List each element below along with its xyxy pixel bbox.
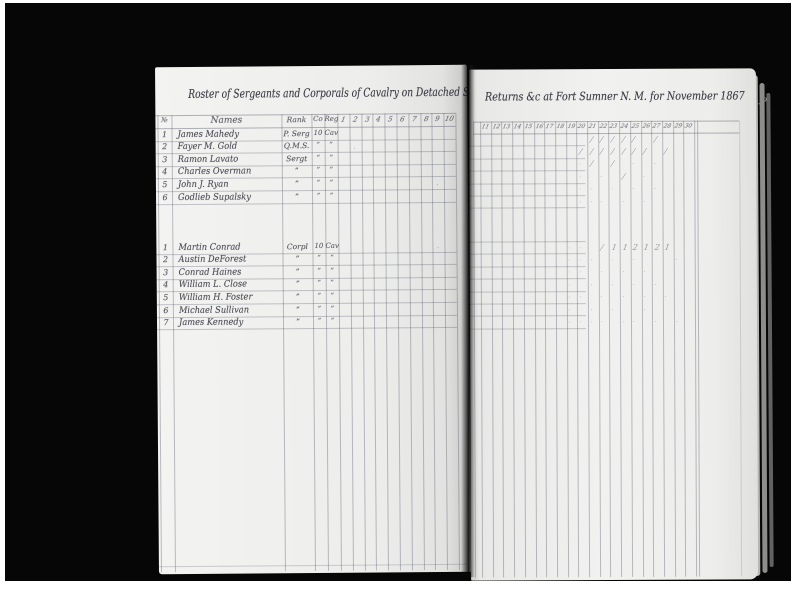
pencil-speck: . [643,267,646,274]
row-co: ” [312,166,325,174]
pencil-speck: . [633,280,636,287]
row-number: 3 [158,155,172,164]
pencil-speck: . [589,184,592,191]
row-rank: P. Serg [282,129,312,138]
tally-mark: / [632,147,636,156]
tally-mark: / [653,134,657,143]
tally-mark: / [642,147,646,156]
tally-mark: / [610,134,614,143]
row-reg: ” [325,141,338,149]
row-co: 10 [311,128,324,136]
right-page-grid: 1112131415161718192021222324252627282930… [469,68,758,580]
day-column-line [662,121,665,577]
tally-mark: / [621,172,625,181]
pencil-speck: . [590,255,593,262]
column-line [408,113,413,570]
margin-line [473,122,476,578]
row-rank: ” [282,192,312,201]
tally-mark: / [632,134,636,143]
pencil-speck: . [578,159,581,166]
pencil-speck: . [643,304,646,311]
pencil-speck: . [653,184,656,191]
pencil-speck: . [633,317,636,324]
row-line [470,328,586,330]
row-reg: ” [326,266,339,274]
pencil-speck: . [600,172,603,179]
pencil-speck: . [568,255,571,262]
day-column-line [641,121,644,577]
row-number: 1 [158,243,172,252]
row-reg: Cav [324,128,337,136]
row-name: William H. Foster [179,292,253,303]
row-name: William L. Close [179,280,247,291]
pencil-speck: . [600,292,603,299]
pencil-speck: . [579,243,582,250]
tally-mark: / [610,147,614,156]
pencil-speck: . [601,317,604,324]
tally-number: 1 [611,242,618,251]
col-header-names: Names [171,115,281,126]
row-line [469,170,585,172]
pencil-speck: . [665,292,668,299]
pencil-speck: . [589,197,592,204]
pencil-speck: . [590,317,593,324]
pencil-speck: . [579,172,582,179]
row-line [469,158,585,160]
pencil-speck: . [579,267,582,274]
column-line [171,115,176,572]
column-line [396,113,401,570]
tally-mark: / [589,147,593,156]
row-name: Conrad Haines [179,267,242,277]
ledger-right-page: Returns &c at Fort Sumner N. M. for Nove… [469,68,758,580]
tally-number: 1 [621,242,628,251]
row-rank: ” [282,254,312,263]
row-number: 4 [158,167,172,176]
pencil-speck: . [611,255,614,262]
day-column-line [673,121,676,577]
tally-mark: / [664,147,668,156]
pencil-speck: . [590,305,593,312]
left-page-grid: №NamesRankCoReg123456789101James MahedyP… [155,65,471,574]
row-name: Charles Overman [178,167,252,178]
row-number: 5 [159,293,173,302]
row-reg: ” [325,153,338,161]
pencil-speck: . [621,196,624,203]
pencil-speck: . [675,255,678,262]
column-line [444,113,449,570]
row-rank: ” [283,279,313,288]
row-number: 1 [158,130,172,139]
row-rank: Sergt [282,154,312,163]
day-column-line [619,121,622,577]
pencil-speck: . [590,280,593,287]
tally-mark: / [589,135,593,144]
col-header-rank: Rank [281,115,311,124]
row-co: ” [312,254,325,262]
tally-mark: / [600,147,604,156]
column-line [361,114,366,571]
pencil-speck: . [632,184,635,191]
row-co: ” [312,154,325,162]
tally-number: 2 [654,242,661,251]
day-header-number: 10 [443,115,456,123]
pencil-speck: . [643,172,646,179]
day-column-line [491,122,494,578]
day-column-line [480,122,483,578]
pencil-speck: . [622,317,625,324]
row-number: 3 [159,268,173,277]
column-line [337,114,342,571]
row-number: 7 [159,318,173,327]
row-rank: ” [283,292,313,301]
row-reg: ” [325,179,338,187]
tally-mark: / [610,159,614,168]
day-column-line [534,121,537,577]
row-number: 4 [159,280,173,289]
row-line [469,195,585,197]
ledger-left-page: Roster of Sergeants and Corporals of Cav… [155,65,471,574]
row-name: Austin DeForest [178,255,246,266]
row-line [469,146,585,148]
page-right-line [739,120,742,576]
row-co: ” [313,267,326,275]
pencil-speck: . [643,292,646,299]
pencil-speck: . [654,279,657,286]
col-header-reg: Reg [324,115,337,123]
row-name: Ramon Lavato [178,154,239,164]
pencil-speck: . [353,142,355,150]
row-name: Godlieb Supalsky [178,192,251,203]
row-reg: ” [325,191,338,199]
row-rank: Corpl [282,242,312,251]
column-line [349,114,354,571]
pencil-speck: . [579,255,582,262]
row-co: ” [313,292,326,300]
pencil-speck: . [611,184,614,191]
row-number: 6 [159,306,173,315]
row-co: ” [312,179,325,187]
row-name: Fayer M. Gold [178,142,238,152]
tally-mark: / [621,147,625,156]
row-number: 6 [158,193,172,202]
tally-mark: / [621,134,625,143]
row-rank: ” [282,166,312,175]
day-column-line [544,121,547,577]
pencil-speck: . [643,196,646,203]
row-number: 2 [158,255,172,264]
pencil-speck: . [579,197,582,204]
row-rank: Q.M.S. [282,141,312,150]
tally-mark: / [578,147,582,156]
pencil-speck: . [568,280,571,287]
row-name: Martin Conrad [178,242,240,252]
pencil-speck: . [568,305,571,312]
pencil-speck: . [653,159,656,166]
row-name: James Mahedy [178,129,240,139]
pencil-speck: . [436,179,438,187]
row-name: John J. Ryan [178,180,229,190]
row-line [469,183,585,185]
pencil-speck: . [622,267,625,274]
row-line [469,208,585,210]
day-header-number: 30 [682,122,695,129]
pencil-speck: . [579,317,582,324]
row-rank: ” [283,305,313,314]
row-rank: ” [283,317,313,326]
pencil-speck: . [600,267,603,274]
column-line [385,113,390,570]
row-co: ” [313,304,326,312]
day-column-line [566,121,569,577]
row-name: Michael Sullivan [179,305,249,316]
pencil-speck: . [568,267,571,274]
page-stack-edge [766,93,773,567]
tally-number: 2 [632,242,639,251]
row-reg: ” [326,304,339,312]
col-header-co: Co [311,115,324,123]
pencil-speck: . [611,280,614,287]
day-column-line [598,121,601,577]
row-co: ” [313,317,326,325]
pencil-speck: . [579,184,582,191]
row-reg: ” [326,292,339,300]
page-foot-line [159,564,467,567]
row-reg: ” [325,254,338,262]
pencil-speck: . [600,197,603,204]
day-column-line [683,121,686,577]
tally-mark: / [600,135,604,144]
day-column-line [502,121,505,577]
row-co: ” [313,279,326,287]
row-reg: ” [326,279,339,287]
column-line [373,114,378,571]
tally-number: 1 [664,242,671,251]
tally-number: 1 [643,242,650,251]
row-reg: Cav [325,241,338,249]
row-number: 2 [158,142,172,151]
pencil-speck: . [632,159,635,166]
row-rank: ” [283,267,313,276]
row-name: James Kennedy [179,318,243,329]
col-header-no: № [157,116,171,124]
pencil-speck: . [611,304,614,311]
day-column-line [555,121,558,577]
column-line [455,113,460,570]
pencil-speck: . [632,255,635,262]
pencil-speck: . [437,242,439,250]
column-line [420,113,425,570]
day-column-line [512,121,515,577]
row-reg: ” [326,317,339,325]
scan-background: Roster of Sergeants and Corporals of Cav… [5,3,791,581]
pencil-speck: . [675,317,678,324]
pencil-speck: . [568,292,571,299]
row-rank: ” [282,179,312,188]
tally-mark: / [589,159,593,168]
day-column-line [523,121,526,577]
row-co: ” [312,191,325,199]
tally-mark: / [600,243,604,252]
pencil-speck: . [568,317,571,324]
pencil-speck: . [654,317,657,324]
row-co: ” [312,141,325,149]
row-co: 10 [312,241,325,249]
pencil-speck: . [622,292,625,299]
row-number: 5 [158,180,172,189]
pencil-speck: . [579,292,582,299]
remarks-line [697,121,700,577]
pencil-speck: . [568,243,571,250]
scanned-roster-photo: Roster of Sergeants and Corporals of Cav… [0,0,800,589]
row-reg: ” [325,166,338,174]
